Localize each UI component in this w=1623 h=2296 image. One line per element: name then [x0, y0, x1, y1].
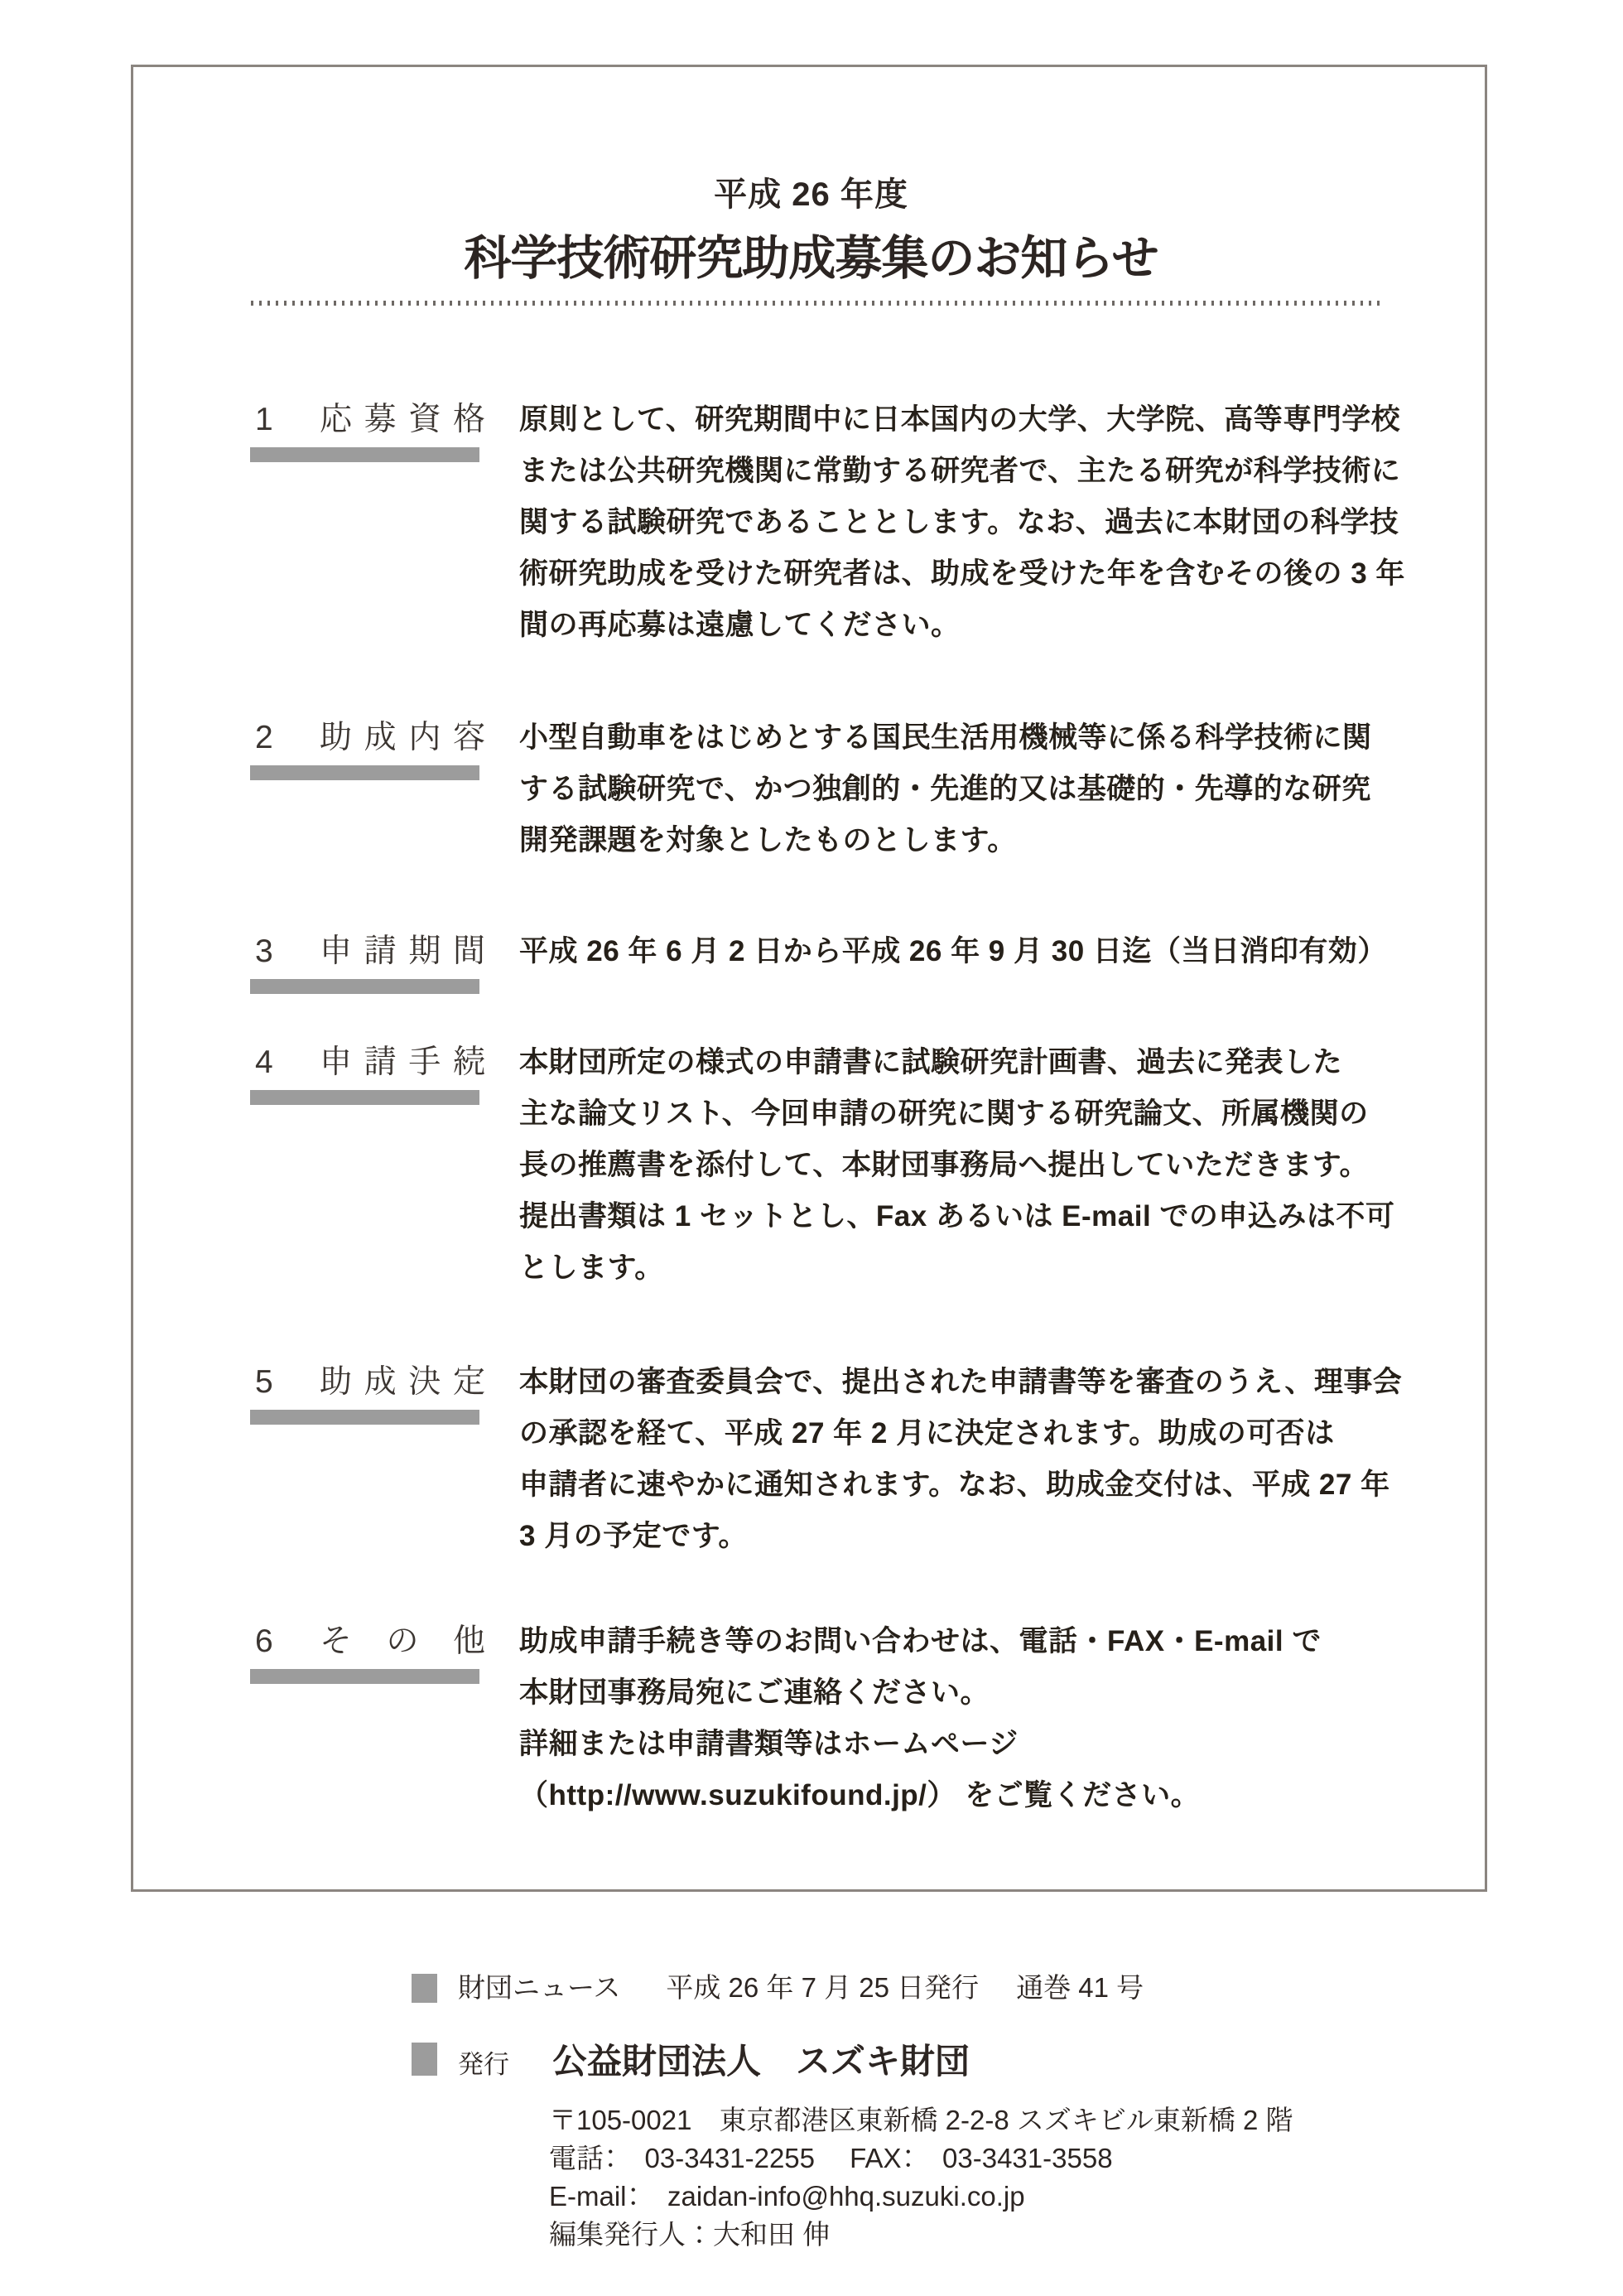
publisher-address: 〒105-0021 東京都港区東新橋 2-2-8 スズキビル東新橋 2 階 [549, 2105, 1293, 2135]
title-dotted-divider [251, 301, 1381, 306]
section-body: 平成 26 年 6 月 2 日から平成 26 年 9 月 30 日迄（当日消印有… [519, 926, 1405, 977]
section-title: 申請手続 [320, 1037, 485, 1088]
section-heading-bar [250, 1410, 479, 1425]
section-body: 原則として、研究期間中に日本国内の大学、大学院、高等専門学校 または公共研究機関… [519, 394, 1405, 651]
section-heading-bar [250, 765, 479, 780]
section-heading: 3 申請期間 [255, 926, 485, 994]
section-number: 3 [255, 926, 320, 977]
section-heading: 4 申請手続 [255, 1037, 485, 1105]
section-title: 申請期間 [320, 926, 485, 977]
gray-square-bullet-icon [412, 2043, 437, 2076]
section-number: 2 [255, 712, 320, 764]
section-title: 応募資格 [320, 394, 485, 446]
news-label: 財団ニュース [458, 1970, 620, 2006]
section-number: 5 [255, 1357, 320, 1408]
footer-news-line: 財団ニュース 平成 26 年 7 月 25 日発行 通巻 41 号 [412, 1970, 1144, 2006]
publisher-email: E-mail： zaidan-info@hhq.suzuki.co.jp [549, 2181, 1025, 2212]
news-publication-date: 平成 26 年 7 月 25 日発行 [666, 1970, 979, 2006]
section-heading: 2 助成内容 [255, 712, 485, 780]
section-heading-bar [250, 1669, 479, 1684]
section-heading: 1 応募資格 [255, 394, 485, 462]
news-issue-number: 通巻 41 号 [1016, 1970, 1144, 2006]
section-body: 助成申請手続き等のお問い合わせは、電話・FAX・E-mail で 本財団事務局宛… [519, 1616, 1405, 1821]
section-title: 助成決定 [320, 1357, 485, 1408]
footer-publisher-line: 発行 公益財団法人 スズキ財団 [412, 2034, 970, 2084]
section-title: その他 [320, 1616, 485, 1667]
era-title: 平成 26 年度 [132, 175, 1491, 215]
section-number: 1 [255, 394, 320, 446]
section-body: 小型自動車をはじめとする国民生活用機械等に係る科学技術に関 する試験研究で、かつ… [519, 712, 1405, 866]
section-title: 助成内容 [320, 712, 485, 764]
section-heading-bar [250, 979, 479, 994]
publisher-phone-fax: 電話： 03-3431-2255 FAX： 03-3431-3558 [549, 2143, 1113, 2173]
section-heading: 5 助成決定 [255, 1357, 485, 1425]
section-number: 6 [255, 1616, 320, 1667]
section-body: 本財団所定の様式の申請書に試験研究計画書、過去に発表した 主な論文リスト、今回申… [519, 1037, 1405, 1294]
section-heading-bar [250, 1090, 479, 1105]
section-heading: 6 その他 [255, 1616, 485, 1684]
footer-contact-block: 〒105-0021 東京都港区東新橋 2-2-8 スズキビル東新橋 2 階 電話… [549, 2101, 1293, 2254]
document-page: 平成 26 年度 科学技術研究助成募集のお知らせ 1 応募資格 原則として、研究… [0, 0, 1623, 2296]
section-body: 本財団の審査委員会で、提出された申請書等を審査のうえ、理事会 の承認を経て、平成… [519, 1357, 1405, 1562]
publisher-label: 発行 [458, 2043, 509, 2081]
section-number: 4 [255, 1037, 320, 1088]
publisher-name: 公益財団法人 スズキ財団 [552, 2034, 970, 2084]
publisher-editor: 編集発行人：大和田 伸 [549, 2219, 830, 2250]
page-title: 科学技術研究助成募集のお知らせ [132, 231, 1491, 286]
section-heading-bar [250, 447, 479, 462]
gray-square-bullet-icon [412, 1974, 437, 2003]
